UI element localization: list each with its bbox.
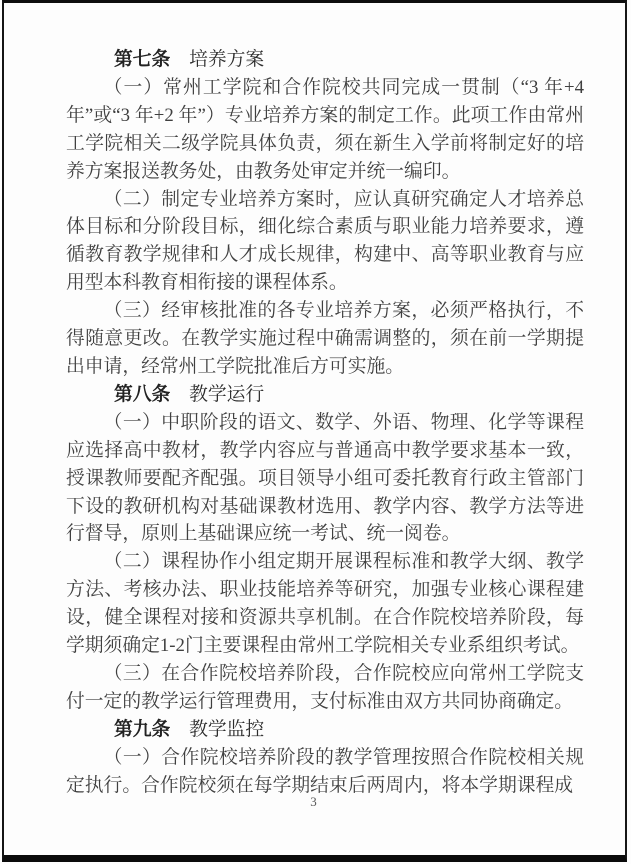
article-heading: 第七条培养方案 [66, 46, 584, 74]
article-paragraph: （二）制定专业培养方案时，应认真研究确定人才培养总体目标和分阶段目标，细化综合素… [66, 186, 584, 298]
article-paragraph: （二）课程协作小组定期开展课程标准和教学大纲、教学方法、考核办法、职业技能培养等… [66, 548, 584, 660]
article-number: 第九条 [114, 719, 170, 740]
article-number: 第七条 [114, 49, 170, 70]
article-title: 教学运行 [189, 384, 264, 405]
article-number: 第八条 [114, 384, 170, 405]
document-body: 第七条培养方案（一）常州工学院和合作院校共同完成一贯制（“3 年+4 年”或“3… [66, 46, 584, 799]
article-heading: 第八条教学运行 [66, 381, 584, 409]
article-paragraph: （一）常州工学院和合作院校共同完成一贯制（“3 年+4 年”或“3 年+2 年”… [66, 74, 584, 186]
scanned-document-page: 第七条培养方案（一）常州工学院和合作院校共同完成一贯制（“3 年+4 年”或“3… [0, 0, 631, 864]
page-number: 3 [0, 794, 627, 810]
article-heading: 第九条教学监控 [66, 716, 584, 744]
article-title: 教学监控 [189, 719, 264, 740]
article-paragraph: （一）中职阶段的语文、数学、外语、物理、化学等课程应选择高中教材，教学内容应与普… [66, 409, 584, 549]
article-paragraph: （三）在合作院校培养阶段，合作院校应向常州工学院支付一定的教学运行管理费用，支付… [66, 660, 584, 716]
article-paragraph: （三）经审核批准的各专业培养方案，必须严格执行，不得随意更改。在教学实施过程中确… [66, 297, 584, 381]
article-paragraph: （一）合作院校培养阶段的教学管理按照合作院校相关规定执行。合作院校须在每学期结束… [66, 744, 584, 800]
article-title: 培养方案 [189, 49, 264, 70]
